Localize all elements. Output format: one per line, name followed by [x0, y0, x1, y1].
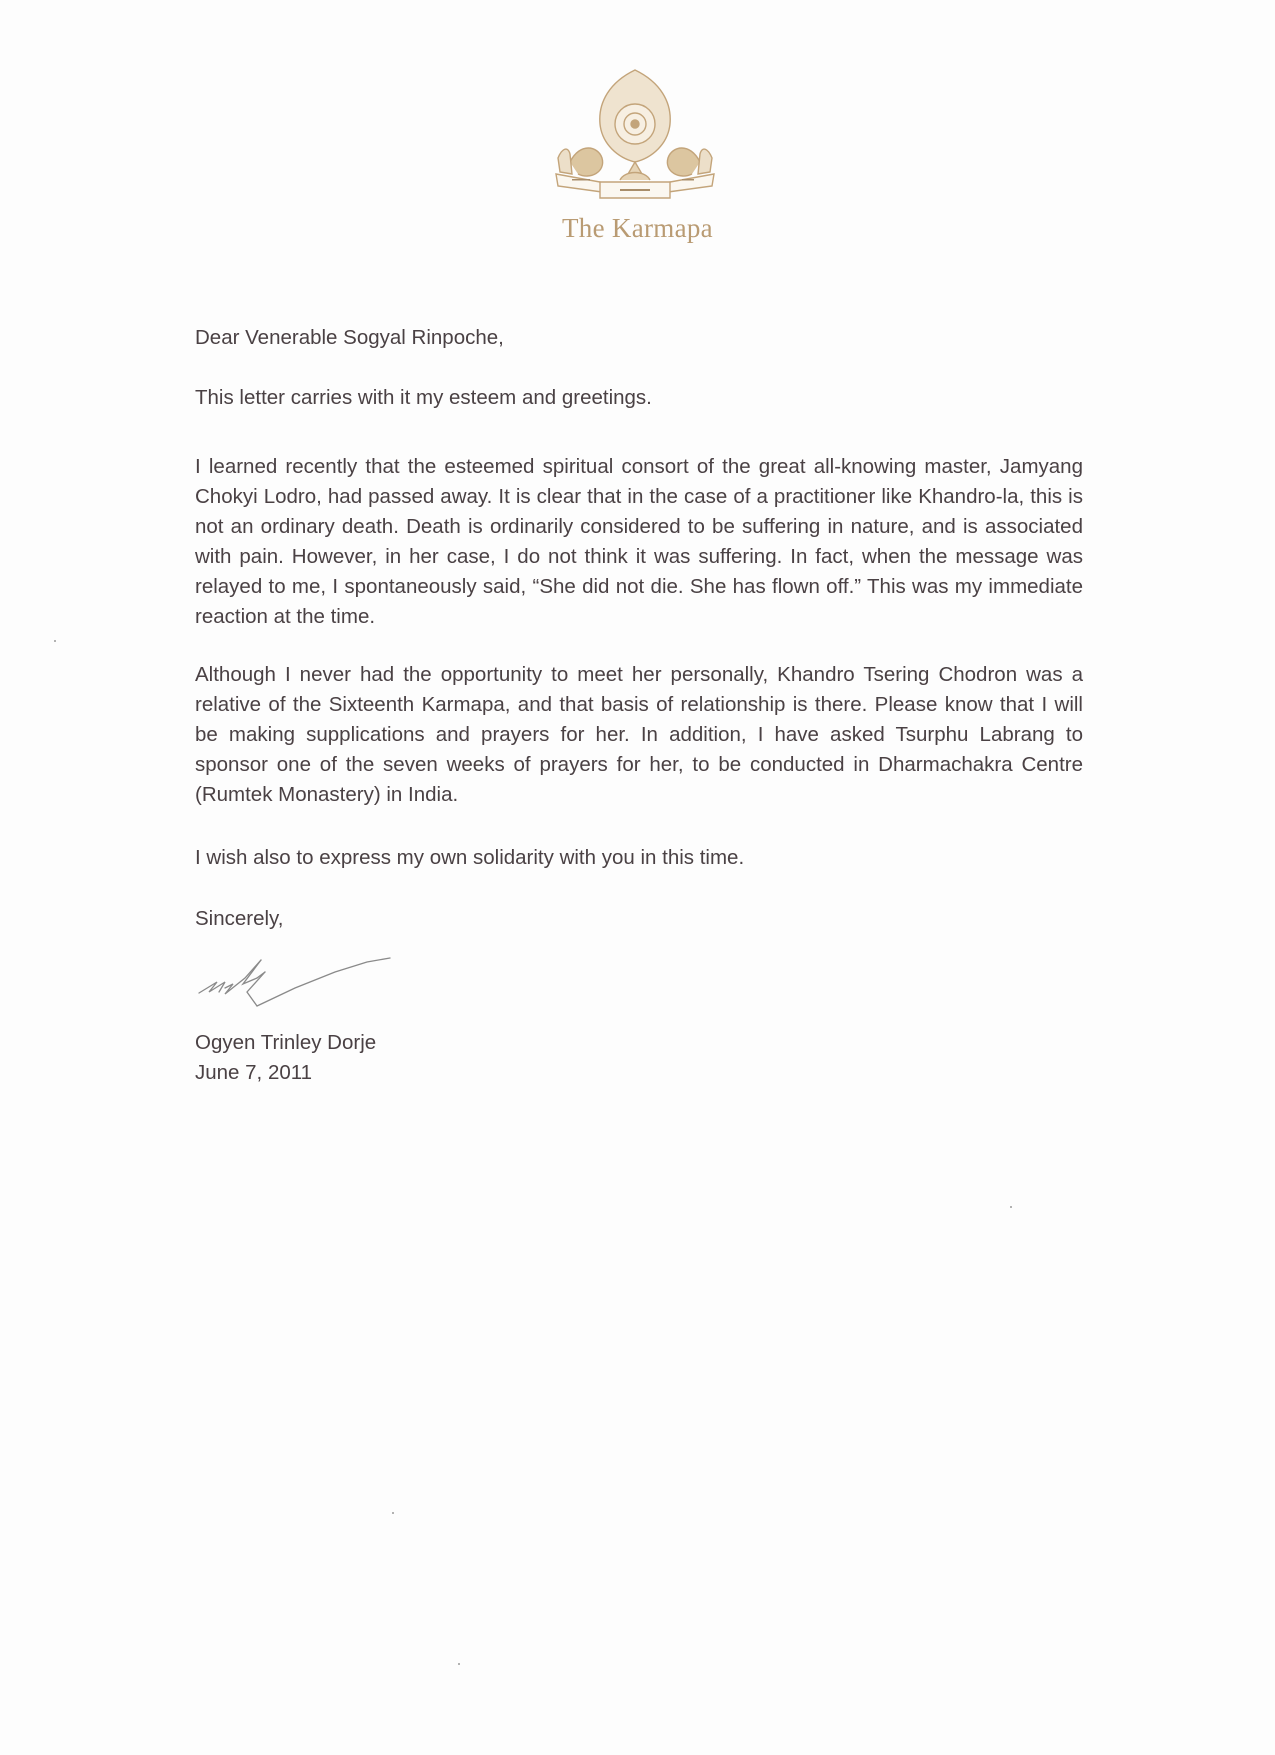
letter-date: June 7, 2011 — [195, 1058, 1083, 1088]
scan-speck — [54, 640, 56, 642]
body-paragraph: I learned recently that the esteemed spi… — [195, 452, 1083, 632]
greeting-line: This letter carries with it my esteem an… — [195, 383, 1083, 413]
letterhead-title: The Karmapa — [0, 213, 1275, 244]
salutation: Dear Venerable Sogyal Rinpoche, — [195, 323, 1083, 353]
body-paragraph: I wish also to express my own solidarity… — [195, 843, 1083, 873]
body-paragraph: Although I never had the opportunity to … — [195, 660, 1083, 810]
scan-speck — [458, 1663, 460, 1665]
closing: Sincerely, — [195, 904, 1083, 934]
signature-icon — [195, 948, 415, 1008]
letter-page: The Karmapa Dear Venerable Sogyal Rinpoc… — [0, 0, 1275, 1755]
karmapa-emblem-icon — [550, 62, 720, 212]
signer-name: Ogyen Trinley Dorje — [195, 1028, 1083, 1058]
scan-speck — [392, 1512, 394, 1514]
scan-speck — [1010, 1206, 1012, 1208]
